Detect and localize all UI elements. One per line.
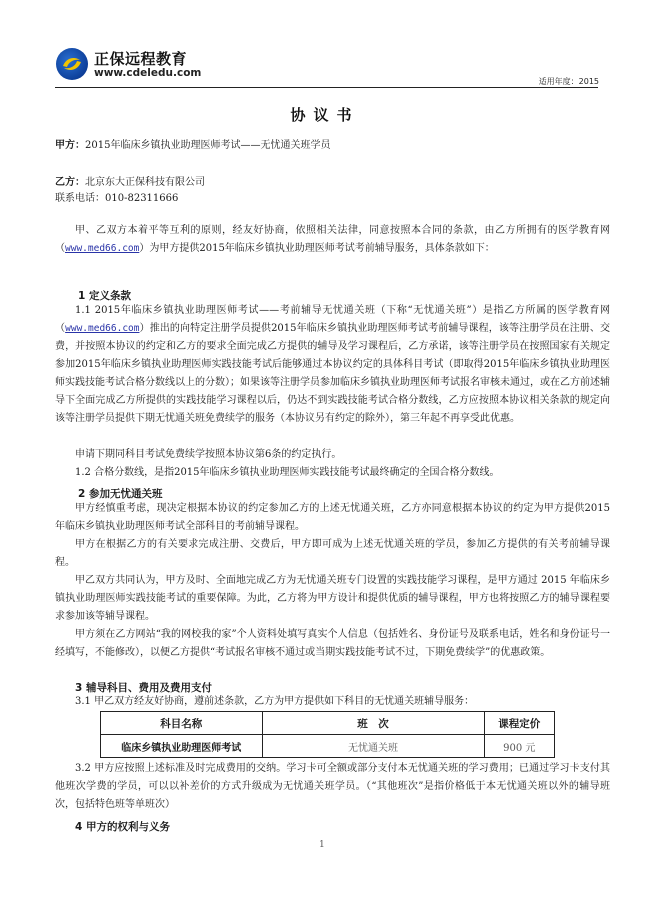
document-title: 协议书 — [0, 104, 650, 125]
fee-table: 科目名称 班 次 课程定价 临床乡镇执业助理医师考试 无忧通关班 900 元 — [100, 711, 555, 758]
cell-subject: 临床乡镇执业助理医师考试 — [101, 735, 263, 758]
section-3-1-paragraph: 3.1 甲乙双方经友好协商，遵前述条款，乙方为甲方提供如下科目的无忧通关班辅导服… — [55, 693, 610, 711]
cell-price: 900 元 — [484, 735, 555, 758]
party-a: 甲方：2015年临床乡镇执业助理医师考试——无忧通关班学员 — [55, 139, 610, 153]
med66-link-2[interactable]: www.med66.com — [65, 323, 139, 334]
section-1-1-paragraph: 1.1 2015年临床乡镇执业助理医师考试——考前辅导无忧通关班（下称“无忧通关… — [55, 302, 610, 428]
fee-table-header-row: 科目名称 班 次 课程定价 — [101, 712, 555, 735]
cell-class: 无忧通关班 — [262, 735, 484, 758]
section-2-paragraph-1: 甲方经慎重考虑，现决定根据本协议的约定参加乙方的上述无忧通关班，乙方亦同意根据本… — [55, 500, 610, 536]
intro-paragraph: 甲、乙双方本着平等互利的原则，经友好协商，依照相关法律，同意按照本合同的条款，由… — [55, 222, 610, 258]
page-number: 1 — [319, 840, 325, 850]
section-1-1-text-2: ）推出的向特定注册学员提供2015年临床乡镇执业助理医师考试考前辅导课程，该等注… — [55, 323, 610, 424]
med66-link[interactable]: www.med66.com — [65, 243, 139, 254]
header-price: 课程定价 — [484, 712, 555, 735]
contact-value: 010-82311666 — [105, 193, 178, 204]
party-b-value: 北京东大正保科技有限公司 — [85, 177, 205, 188]
section-1-2-paragraph: 1.2 合格分数线，是指2015年临床乡镇执业助理医师实践技能考试最终确定的全国… — [55, 464, 610, 482]
section-2-paragraph-2: 甲方在根据乙方的有关要求完成注册、交费后，甲方即可成为上述无忧通关班的学员，参加… — [55, 536, 610, 572]
section-3-2-paragraph: 3.2 甲方应按照上述标准及时完成费用的交纳。学习卡可全额或部分支付本无忧通关班… — [55, 760, 610, 814]
section-1-heading: 1 定义条款 — [78, 288, 131, 303]
section-2-paragraph-3: 甲乙双方共同认为，甲方及时、全面地完成乙方为无忧通关班专门设置的实践技能学习课程… — [55, 572, 610, 626]
page-header: 正保远程教育 www.cdeledu.com 适用年度：2015 — [55, 44, 607, 88]
party-a-value: 2015年临床乡镇执业助理医师考试——无忧通关班学员 — [85, 140, 330, 151]
party-a-label: 甲方： — [55, 140, 85, 151]
section-1-renewal-paragraph: 申请下期同科目考试免费续学按照本协议第6条的约定执行。 — [55, 446, 610, 464]
brand-name: 正保远程教育 — [94, 48, 187, 69]
table-row: 临床乡镇执业助理医师考试 无忧通关班 900 元 — [101, 735, 555, 758]
section-2-heading: 2 参加无忧通关班 — [78, 486, 162, 501]
section-4-heading: 4 甲方的权利与义务 — [75, 819, 170, 834]
applicable-year: 适用年度：2015 — [539, 76, 599, 87]
contact-label: 联系电话： — [55, 193, 105, 204]
section-2-paragraph-4: 甲方须在乙方网站“我的网校我的家”个人资料处填写真实个人信息（包括姓名、身份证号… — [55, 626, 610, 662]
header-divider — [55, 87, 598, 88]
party-b-label: 乙方： — [55, 177, 85, 188]
brand-url[interactable]: www.cdeledu.com — [94, 67, 201, 79]
header-class: 班 次 — [262, 712, 484, 735]
logo-swirl-icon — [62, 56, 82, 72]
logo-icon — [56, 48, 88, 80]
header-subject: 科目名称 — [101, 712, 263, 735]
contact-phone: 联系电话：010-82311666 — [55, 192, 610, 206]
party-b: 乙方：北京东大正保科技有限公司 — [55, 176, 610, 190]
intro-text-2: ）为甲方提供2015年临床乡镇执业助理医师考试考前辅导服务，具体条款如下： — [139, 243, 494, 254]
